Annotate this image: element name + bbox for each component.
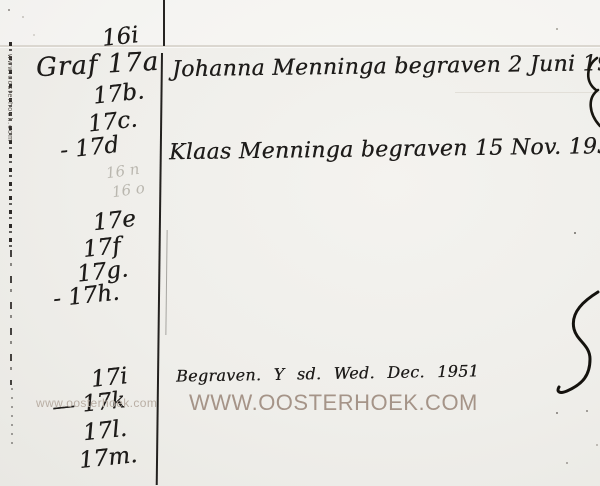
fold-crease-line — [0, 45, 600, 47]
column-rule-top-segment — [163, 0, 165, 46]
paper-top-band — [0, 0, 600, 45]
grave-number-17h: - 17h. — [52, 282, 121, 312]
grave-number-16i: 16i — [101, 24, 140, 51]
grave-number-17m: 17m. — [78, 444, 138, 473]
brace-stroke-top-right — [580, 52, 600, 136]
scan-edge-artifact-lower — [11, 388, 13, 446]
burial-entry-johanna-menninga: Johanna Menninga begraven 2 Juni 1937 — [172, 53, 600, 82]
scan-edge-artifact-middle — [10, 250, 12, 385]
fold-crease-line-right — [455, 92, 600, 93]
watermark-small: www.oosterhoek.com — [36, 396, 157, 410]
ghost-number-16n: 16 n — [105, 162, 140, 182]
grave-number-17e: 17e — [92, 208, 137, 235]
grave-number-17d: - 17d — [59, 134, 120, 163]
grave-number-graf-17a: Graf 17a — [35, 49, 159, 81]
column-rule-ghost-line — [165, 230, 167, 335]
grave-number-17l: 17l. — [82, 418, 128, 445]
ghost-number-16o: 16 o — [111, 181, 146, 200]
column-rule — [156, 53, 163, 485]
register-scan-page: 16i Graf 17a 17b. 17c. - 17d 16 n 16 o 1… — [0, 0, 600, 486]
watermark-large: WWW.OOSTERHOEK.COM — [189, 390, 478, 416]
paper-specks — [0, 0, 2, 2]
brace-stroke-bottom-right — [552, 284, 600, 404]
grave-number-17b: 17b. — [92, 80, 145, 108]
edge-watermark: www.oosterhoek.com — [6, 54, 13, 219]
burial-entry-dec-1951: Begraven. Y sd. Wed. Dec. 1951 — [176, 363, 479, 384]
burial-entry-klaas-menninga: Klaas Menninga begraven 15 Nov. 1939. — [169, 136, 600, 164]
